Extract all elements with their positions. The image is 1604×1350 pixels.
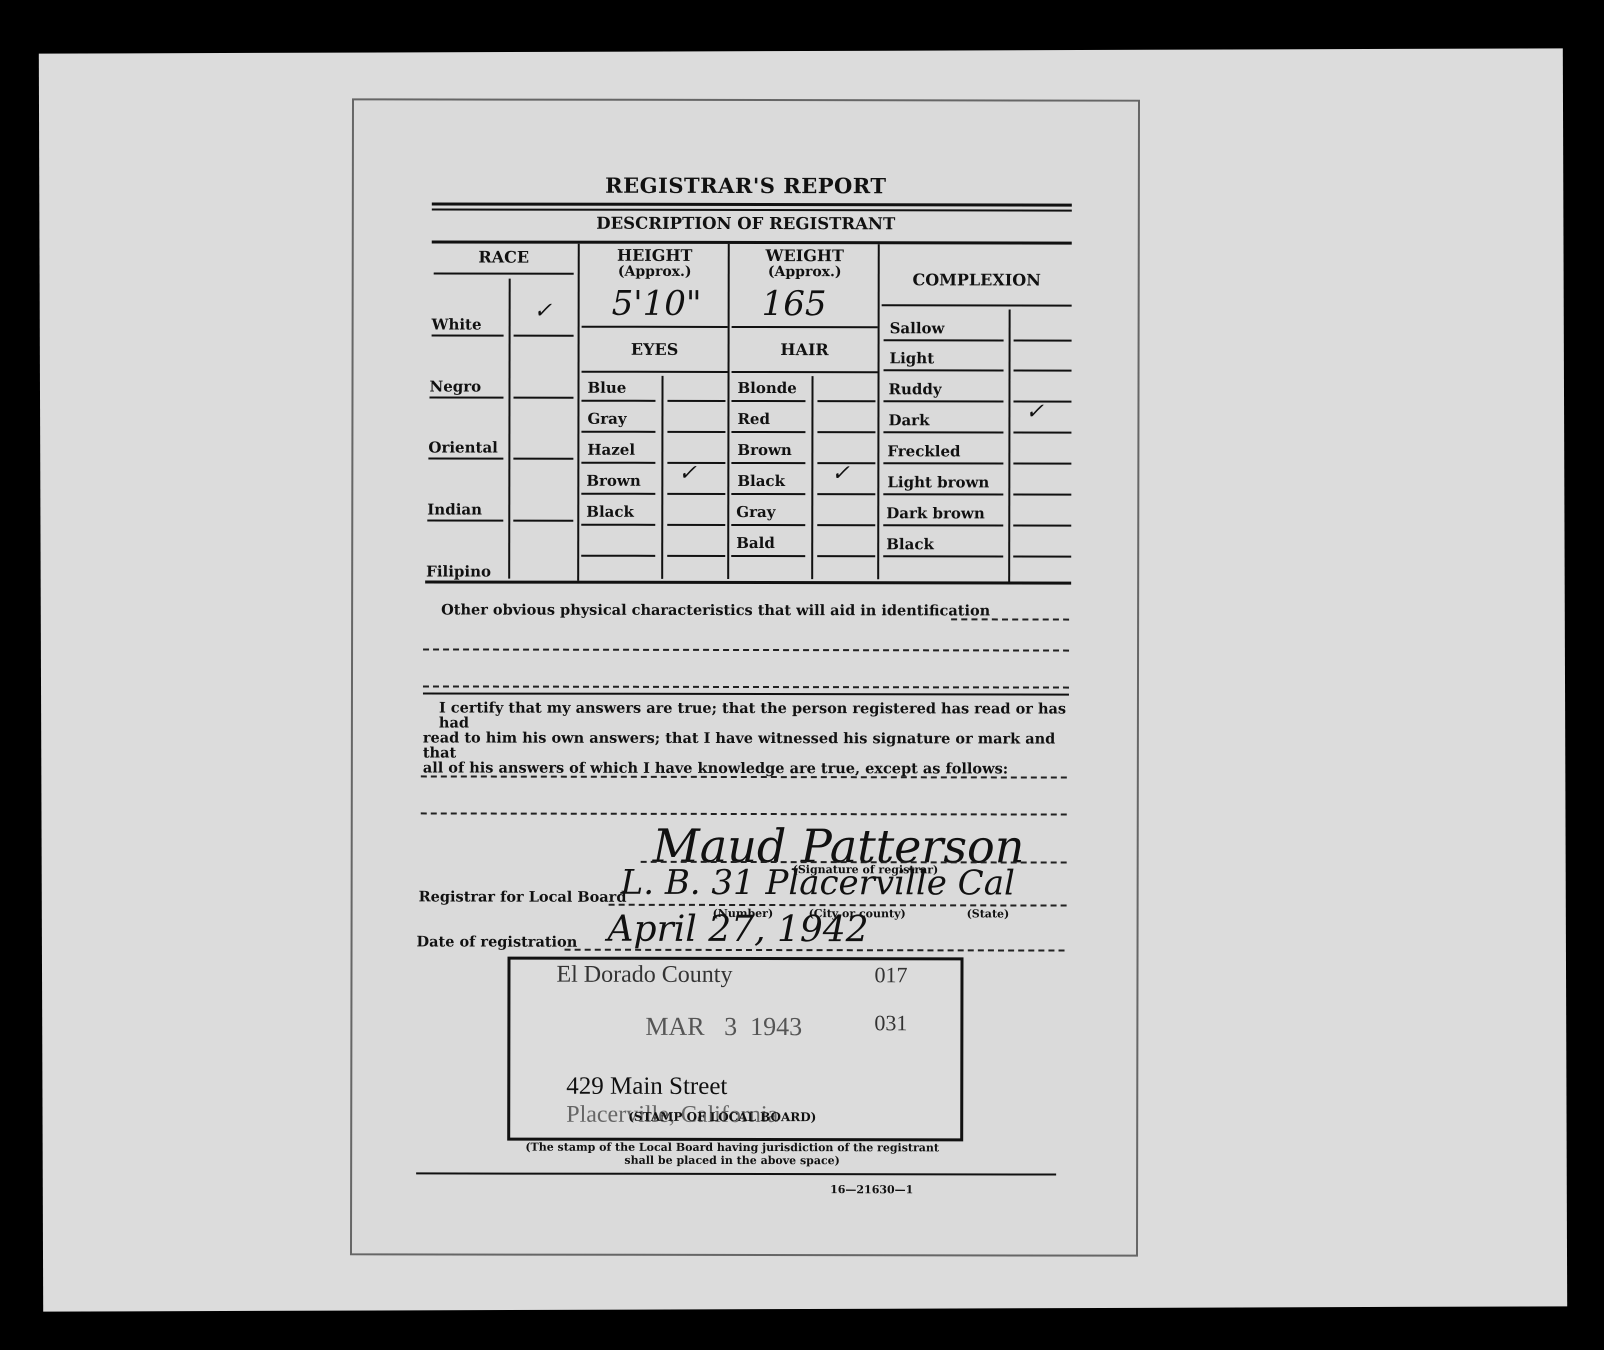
height-approx: (Approx.)	[582, 264, 728, 281]
stamp-county: El Dorado County	[556, 962, 732, 989]
race-oriental: Oriental	[428, 438, 498, 456]
weight-approx: (Approx.)	[732, 264, 878, 281]
rule	[731, 524, 805, 526]
rule	[1013, 493, 1071, 495]
race-height-divider	[577, 244, 580, 581]
race-white-check-icon: ✓	[534, 299, 552, 324]
other-line-1	[951, 618, 1069, 620]
race-filipino: Filipino	[426, 562, 491, 580]
rule	[581, 400, 655, 402]
eyes-blue: Blue	[587, 379, 626, 397]
other-characteristics-label: Other obvious physical characteristics t…	[441, 602, 990, 618]
rule	[883, 431, 1003, 433]
local-board-value: L. B. 31 Placerville Cal	[621, 863, 1015, 904]
eyes-brown-check-icon: ✓	[678, 461, 696, 486]
hair-red: Red	[737, 410, 770, 428]
rule	[883, 524, 1003, 526]
rule	[667, 524, 725, 526]
complexion-divider	[1008, 309, 1010, 581]
local-board-label: Registrar for Local Board	[419, 889, 627, 904]
race-header: RACE	[434, 248, 574, 265]
complexion-dark-brown: Dark brown	[886, 504, 985, 522]
eyes-black: Black	[586, 503, 634, 521]
weight-complexion-divider	[877, 244, 880, 579]
rule	[817, 400, 875, 402]
eyes-gray: Gray	[587, 410, 626, 428]
table-bottom-rule	[425, 580, 1071, 584]
stamp-overprint: (STAMP OF LOCAL BOARD)	[628, 1110, 816, 1124]
rule	[817, 493, 875, 495]
hair-black-check-icon: ✓	[831, 461, 849, 486]
stamp-note: (The stamp of the Local Board having jur…	[352, 1140, 1112, 1167]
rule	[731, 462, 805, 464]
rule	[731, 555, 805, 557]
rule	[667, 431, 725, 433]
rule	[883, 462, 1003, 464]
other-rule	[423, 692, 1069, 695]
registration-card: REGISTRAR'S REPORT DESCRIPTION OF REGIST…	[350, 98, 1140, 1256]
rule	[1013, 431, 1071, 433]
rule	[1014, 369, 1072, 371]
exception-line-1	[421, 775, 1067, 778]
rule	[731, 431, 805, 433]
race-divider	[508, 279, 511, 579]
hair-blonde: Blonde	[737, 379, 796, 397]
weight-label: WEIGHT	[732, 247, 878, 264]
other-line-3	[423, 685, 1069, 688]
title-rule-top	[432, 202, 1072, 206]
weight-header: WEIGHT (Approx.)	[732, 247, 878, 281]
rule	[1013, 555, 1071, 557]
rule	[581, 462, 655, 464]
rule	[667, 555, 725, 557]
rule	[432, 334, 504, 336]
rule	[817, 555, 875, 557]
race-white: White	[432, 315, 482, 333]
rule	[427, 519, 503, 521]
complexion-dark-check-icon: ✓	[1025, 399, 1043, 424]
local-board-state-caption: (State)	[967, 907, 1010, 920]
complexion-ruddy: Ruddy	[888, 380, 941, 398]
other-line-2	[423, 648, 1069, 651]
section-rule	[432, 240, 1072, 244]
rule	[731, 400, 805, 402]
stamp-note-line-1: (The stamp of the Local Board having jur…	[352, 1140, 1112, 1154]
height-value: 5'10"	[612, 284, 702, 324]
stamp-date: MAR 3 1943	[645, 1012, 802, 1042]
rule	[582, 326, 728, 328]
hair-brown: Brown	[737, 441, 791, 459]
eyes-brown: Brown	[586, 472, 640, 490]
weight-value: 165	[762, 284, 827, 324]
rule	[883, 555, 1003, 557]
complexion-dark: Dark	[888, 411, 929, 429]
rule	[429, 396, 503, 398]
form-title: REGISTRAR'S REPORT	[354, 172, 1138, 198]
exception-line-2	[421, 812, 1067, 815]
section-title: DESCRIPTION OF REGISTRANT	[354, 213, 1138, 233]
rule	[883, 400, 1003, 402]
certification-text: I certify that my answers are true; that…	[423, 700, 1083, 776]
rule	[883, 493, 1003, 495]
rule	[1014, 339, 1072, 341]
height-label: HEIGHT	[582, 247, 728, 264]
eyes-divider	[661, 376, 663, 579]
rule	[581, 493, 655, 495]
height-weight-divider	[727, 244, 730, 579]
footer-rule	[416, 1172, 1056, 1175]
stamp-address-1: 429 Main Street	[566, 1073, 727, 1101]
date-value: April 27, 1942	[608, 909, 869, 950]
rule	[667, 493, 725, 495]
rule	[581, 431, 655, 433]
rule	[884, 339, 1004, 341]
certification-line-2: read to him his own answers; that I have…	[423, 730, 1083, 761]
hair-black: Black	[737, 472, 785, 490]
rule	[731, 493, 805, 495]
hair-divider	[811, 376, 813, 579]
complexion-sallow: Sallow	[890, 319, 945, 337]
stamp-code-1: 017	[874, 962, 907, 988]
rule	[581, 524, 655, 526]
stamp-note-line-2: shall be placed in the above space)	[352, 1153, 1112, 1167]
complexion-light: Light	[890, 349, 935, 367]
rule	[428, 457, 503, 459]
title-rule-bottom	[432, 208, 1072, 211]
race-indian: Indian	[427, 500, 482, 518]
hair-header: HAIR	[732, 341, 878, 358]
eyes-hazel: Hazel	[587, 441, 635, 459]
date-label: Date of registration	[417, 934, 578, 949]
local-board-line	[609, 904, 1067, 907]
rule	[1013, 462, 1071, 464]
rule	[513, 458, 573, 460]
local-board-stamp: El Dorado County 017 MAR 3 1943 031 429 …	[507, 957, 963, 1142]
complexion-black: Black	[886, 535, 934, 553]
form-number: 16—21630—1	[830, 1183, 913, 1196]
date-line	[565, 949, 1065, 952]
rule	[513, 520, 573, 522]
stamp-code-2: 031	[874, 1010, 907, 1036]
rule	[882, 304, 1072, 306]
rule	[667, 400, 725, 402]
certification-line-1: I certify that my answers are true; that…	[423, 700, 1083, 731]
complexion-freckled: Freckled	[887, 442, 960, 460]
rule	[581, 555, 655, 557]
hair-bald: Bald	[736, 534, 775, 552]
race-header-rule	[434, 272, 574, 274]
rule	[514, 335, 574, 337]
rule	[732, 371, 878, 373]
rule	[884, 369, 1004, 371]
rule	[582, 371, 728, 373]
rule	[817, 524, 875, 526]
eyes-header: EYES	[582, 341, 728, 358]
complexion-header: COMPLEXION	[882, 271, 1072, 288]
hair-gray: Gray	[736, 503, 775, 521]
race-negro: Negro	[429, 377, 481, 395]
rule	[817, 431, 875, 433]
rule	[732, 326, 878, 328]
height-header: HEIGHT (Approx.)	[582, 247, 728, 281]
rule	[1013, 524, 1071, 526]
complexion-light-brown: Light brown	[887, 473, 989, 491]
certification-line-3: all of his answers of which I have knowl…	[423, 760, 1083, 776]
rule	[513, 397, 573, 399]
